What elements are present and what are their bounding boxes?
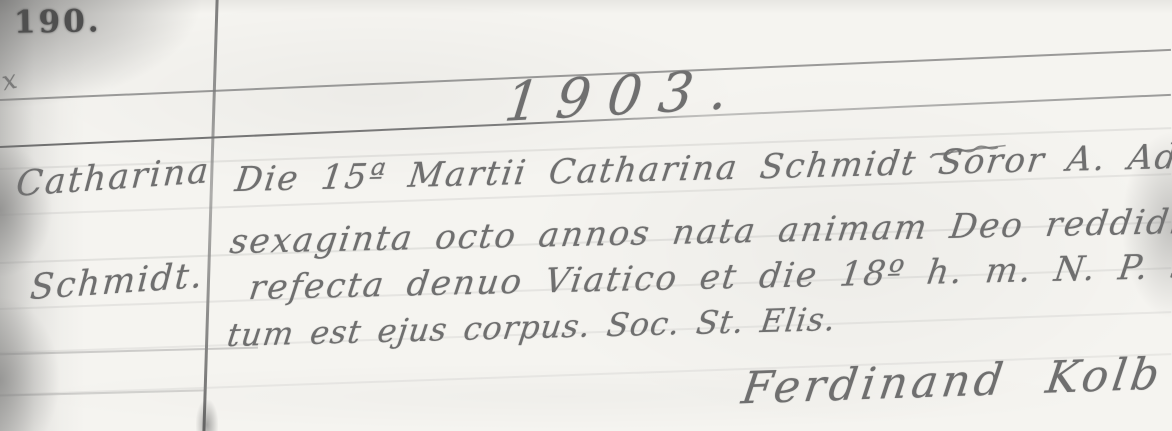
- entry-line-4: tum est ejus corpus. Soc. St. Elis.: [225, 300, 839, 354]
- register-scan-page: 190. x 1903. Catharina Schmidt. Die 15ª …: [0, 0, 1172, 431]
- scan-smudge-bottom: [196, 400, 218, 431]
- page-number: 190.: [14, 3, 102, 41]
- scan-shadow-left-edge: [0, 0, 110, 431]
- margin-name-first: Catharina: [15, 151, 212, 205]
- vertical-rule-line: [202, 0, 218, 431]
- priest-signature: Ferdinand Kolb: [739, 349, 1167, 415]
- year-heading: 1903.: [501, 57, 748, 134]
- left-edge-mark: x: [0, 65, 20, 97]
- margin-name-last: Schmidt.: [29, 256, 206, 308]
